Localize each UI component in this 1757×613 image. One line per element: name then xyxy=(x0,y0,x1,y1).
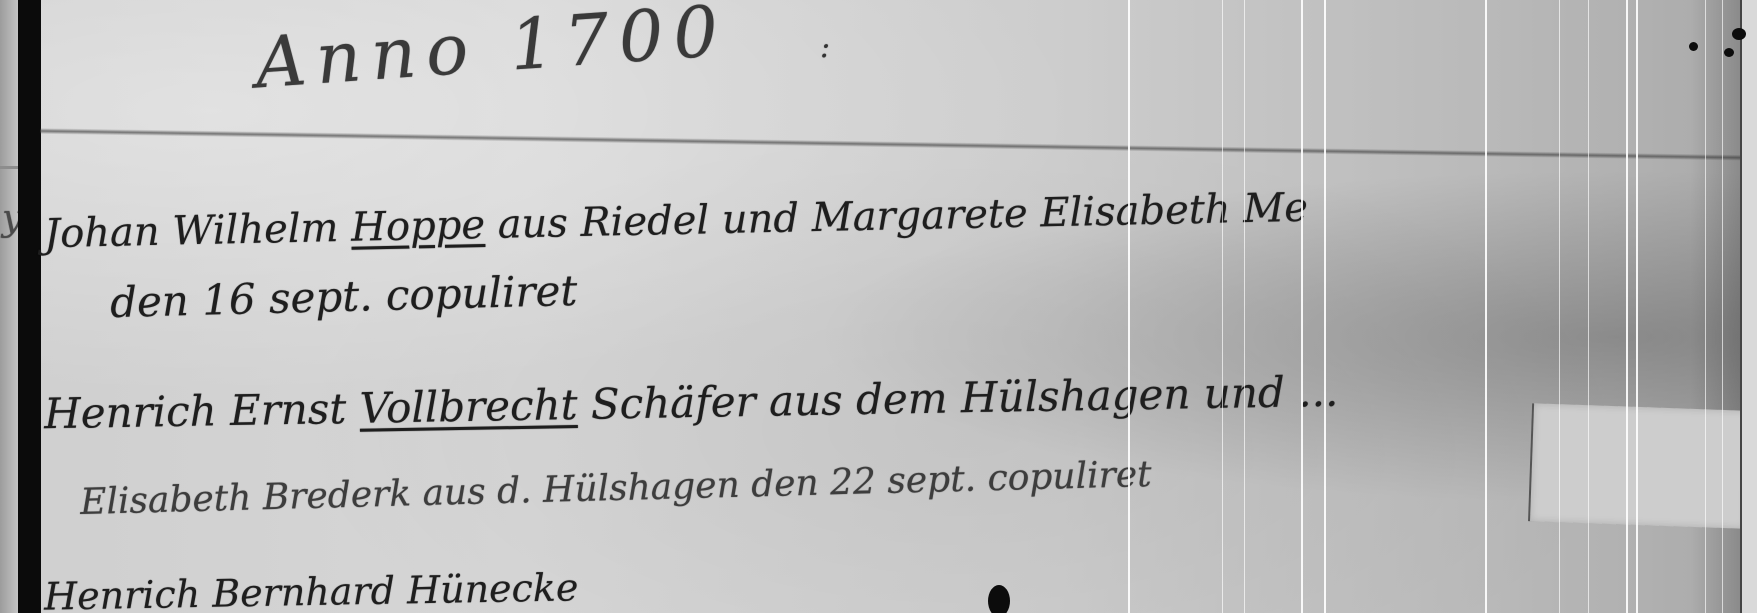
facing-page-rule xyxy=(0,166,18,169)
entry-2-line-2: Elisabeth Brederk aus d. Hülshagen den 2… xyxy=(80,454,1152,523)
scan-artifact-line xyxy=(1222,0,1223,613)
entry-2-line-1: Henrich Ernst Vollbrecht Schäfer aus dem… xyxy=(44,367,1339,439)
groom-occupation: Schäfer xyxy=(590,377,756,429)
conjunction: und ... xyxy=(1203,367,1338,418)
scan-artifact-line xyxy=(1128,0,1130,613)
heading-mark: : xyxy=(820,30,830,65)
date-prefix: den xyxy=(751,463,820,506)
partial-entry-text: Henrich Bernhard Hünecke xyxy=(44,565,579,613)
bride-origin: aus d. Hülshagen xyxy=(422,465,740,514)
ruled-line xyxy=(40,128,1757,161)
groom-given-names: Johan Wilhelm xyxy=(44,205,339,257)
scan-artifact-line xyxy=(1324,0,1326,613)
entry-3-line-1: Henrich Bernhard Hünecke xyxy=(44,565,579,613)
scan-artifact-line xyxy=(1626,0,1628,613)
date-month: sept. xyxy=(268,271,373,323)
scan-artifact-line xyxy=(1559,0,1560,613)
manuscript-page: y Anno 1700 : Johan Wilhelm Hoppe aus Ri… xyxy=(0,0,1757,613)
entry-1-line-1: Johan Wilhelm Hoppe aus Riedel und Marga… xyxy=(44,185,1309,257)
scan-artifact-line xyxy=(1636,0,1638,613)
date-prefix: den xyxy=(109,276,189,327)
ink-blot xyxy=(1689,42,1698,51)
scan-artifact-line xyxy=(1244,0,1245,613)
ink-blot xyxy=(988,585,1010,613)
page-right-edge xyxy=(1740,0,1757,613)
groom-surname: Vollbrecht xyxy=(359,380,578,433)
scan-artifact-line xyxy=(1301,0,1303,613)
ink-blot xyxy=(1724,48,1734,57)
year-heading: Anno 1700 xyxy=(253,0,731,104)
scan-artifact-line xyxy=(1588,0,1589,613)
groom-origin: aus Riedel xyxy=(497,197,709,247)
date-day: 22 xyxy=(830,461,877,503)
paper-repair-patch xyxy=(1528,403,1749,529)
date-day: 16 xyxy=(202,274,257,324)
book-binding-gutter xyxy=(18,0,41,613)
facing-page-edge xyxy=(0,0,18,613)
groom-given-names: Henrich Ernst xyxy=(44,384,347,438)
date-month: sept. xyxy=(887,459,977,502)
marriage-status: copuliret xyxy=(385,266,578,320)
scan-artifact-line xyxy=(1485,0,1487,613)
scan-artifact-line xyxy=(1705,0,1706,613)
bride-name: Margarete Elisabeth Me xyxy=(811,185,1308,241)
entry-1-line-2: den 16 sept. copuliret xyxy=(109,266,577,327)
ink-blot xyxy=(1732,28,1746,40)
conjunction: und xyxy=(721,195,799,243)
scan-artifact-line xyxy=(1722,0,1723,613)
groom-surname: Hoppe xyxy=(351,202,486,251)
bride-name: Elisabeth Brederk xyxy=(80,473,412,523)
